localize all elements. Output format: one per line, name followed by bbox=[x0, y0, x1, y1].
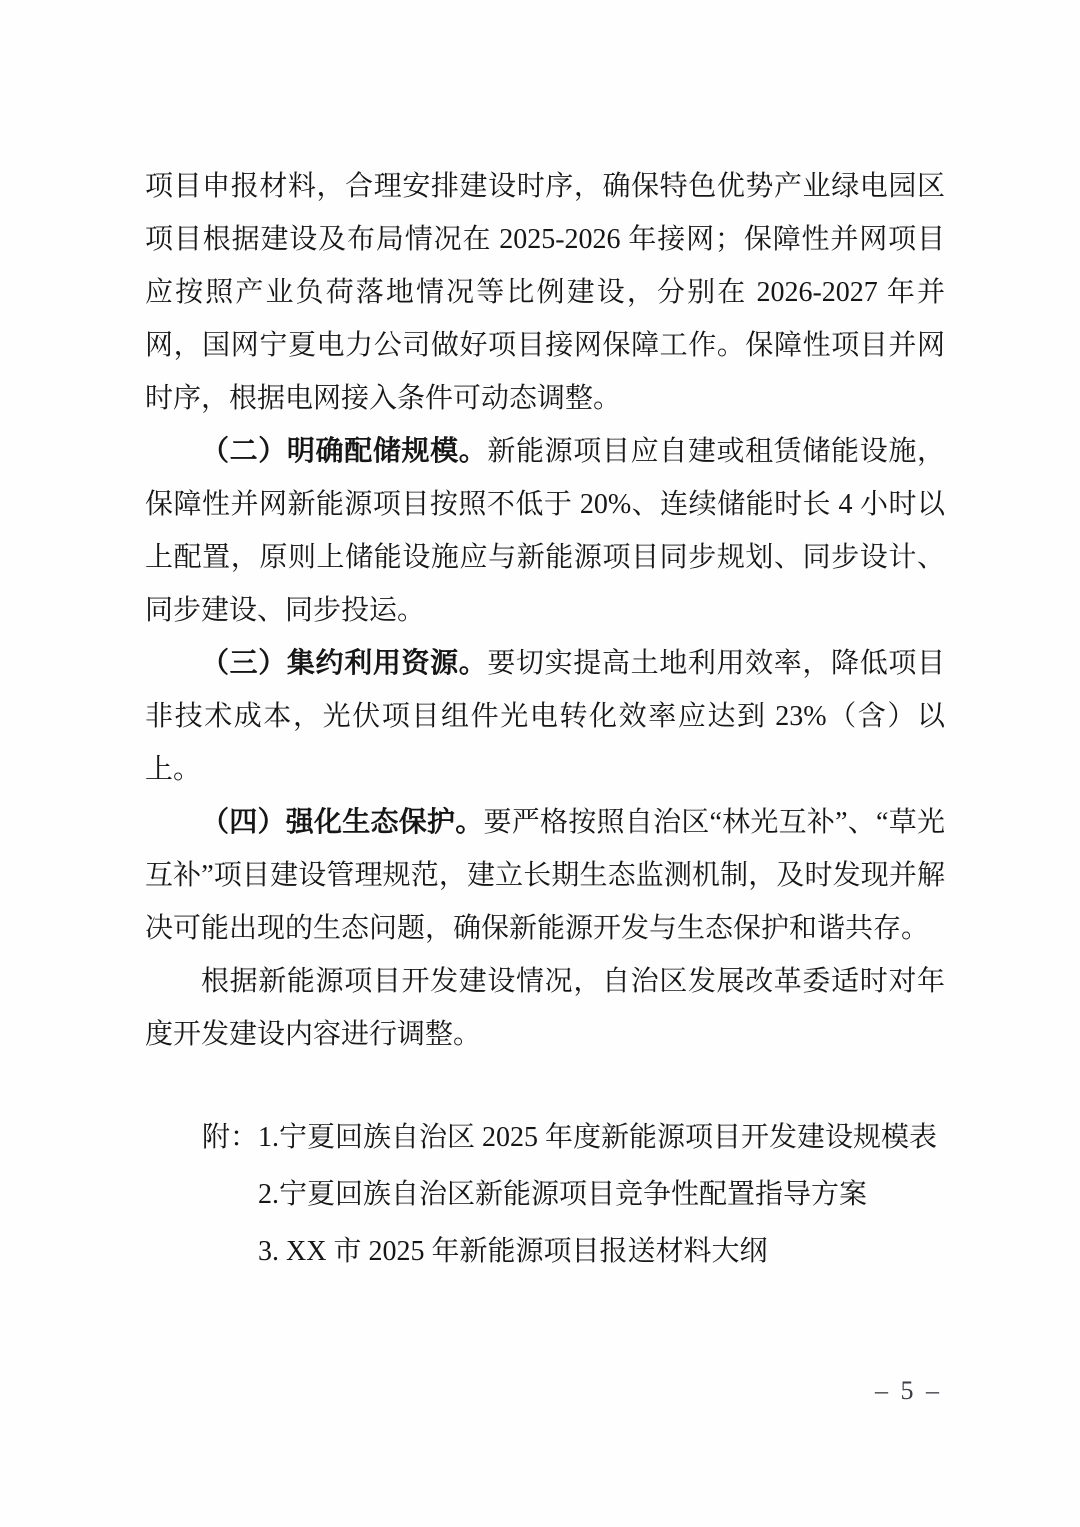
document-page: 项目申报材料，合理安排建设时序，确保特色优势产业绿电园区项目根据建设及布局情况在… bbox=[0, 0, 1080, 1527]
attachment-list: 附： 1.宁夏回族自治区 2025 年度新能源项目开发建设规模表 2.宁夏回族自… bbox=[145, 1109, 945, 1280]
attachment-label: 附： bbox=[202, 1109, 258, 1280]
page-number: – 5 – bbox=[875, 1376, 942, 1406]
paragraph-adjustment-note: 根据新能源项目开发建设情况，自治区发展改革委适时对年度开发建设内容进行调整。 bbox=[145, 955, 945, 1061]
paragraph-section-4-ecology-protection: （四）强化生态保护。要严格按照自治区“林光互补”、“草光互补”项目建设管理规范，… bbox=[145, 796, 945, 955]
section-2-heading: （二）明确配储规模。 bbox=[201, 436, 487, 467]
paragraph-section-2-storage-scale: （二）明确配储规模。新能源项目应自建或租赁储能设施，保障性并网新能源项目按照不低… bbox=[145, 425, 945, 637]
attachment-item-3: 3. XX 市 2025 年新能源项目报送材料大纲 bbox=[258, 1223, 945, 1280]
paragraph-section-3-resource-use: （三）集约利用资源。要切实提高土地利用效率，降低项目非技术成本，光伏项目组件光电… bbox=[145, 637, 945, 796]
attachment-item-2: 2.宁夏回族自治区新能源项目竞争性配置指导方案 bbox=[258, 1166, 945, 1223]
document-body: 项目申报材料，合理安排建设时序，确保特色优势产业绿电园区项目根据建设及布局情况在… bbox=[145, 160, 945, 1280]
attachment-item-1: 1.宁夏回族自治区 2025 年度新能源项目开发建设规模表 bbox=[258, 1109, 945, 1166]
section-3-heading: （三）集约利用资源。 bbox=[201, 648, 487, 679]
attachment-items: 1.宁夏回族自治区 2025 年度新能源项目开发建设规模表 2.宁夏回族自治区新… bbox=[258, 1109, 945, 1280]
paragraph-grid-connection-schedule: 项目申报材料，合理安排建设时序，确保特色优势产业绿电园区项目根据建设及布局情况在… bbox=[145, 160, 945, 425]
section-4-heading: （四）强化生态保护。 bbox=[201, 807, 483, 838]
